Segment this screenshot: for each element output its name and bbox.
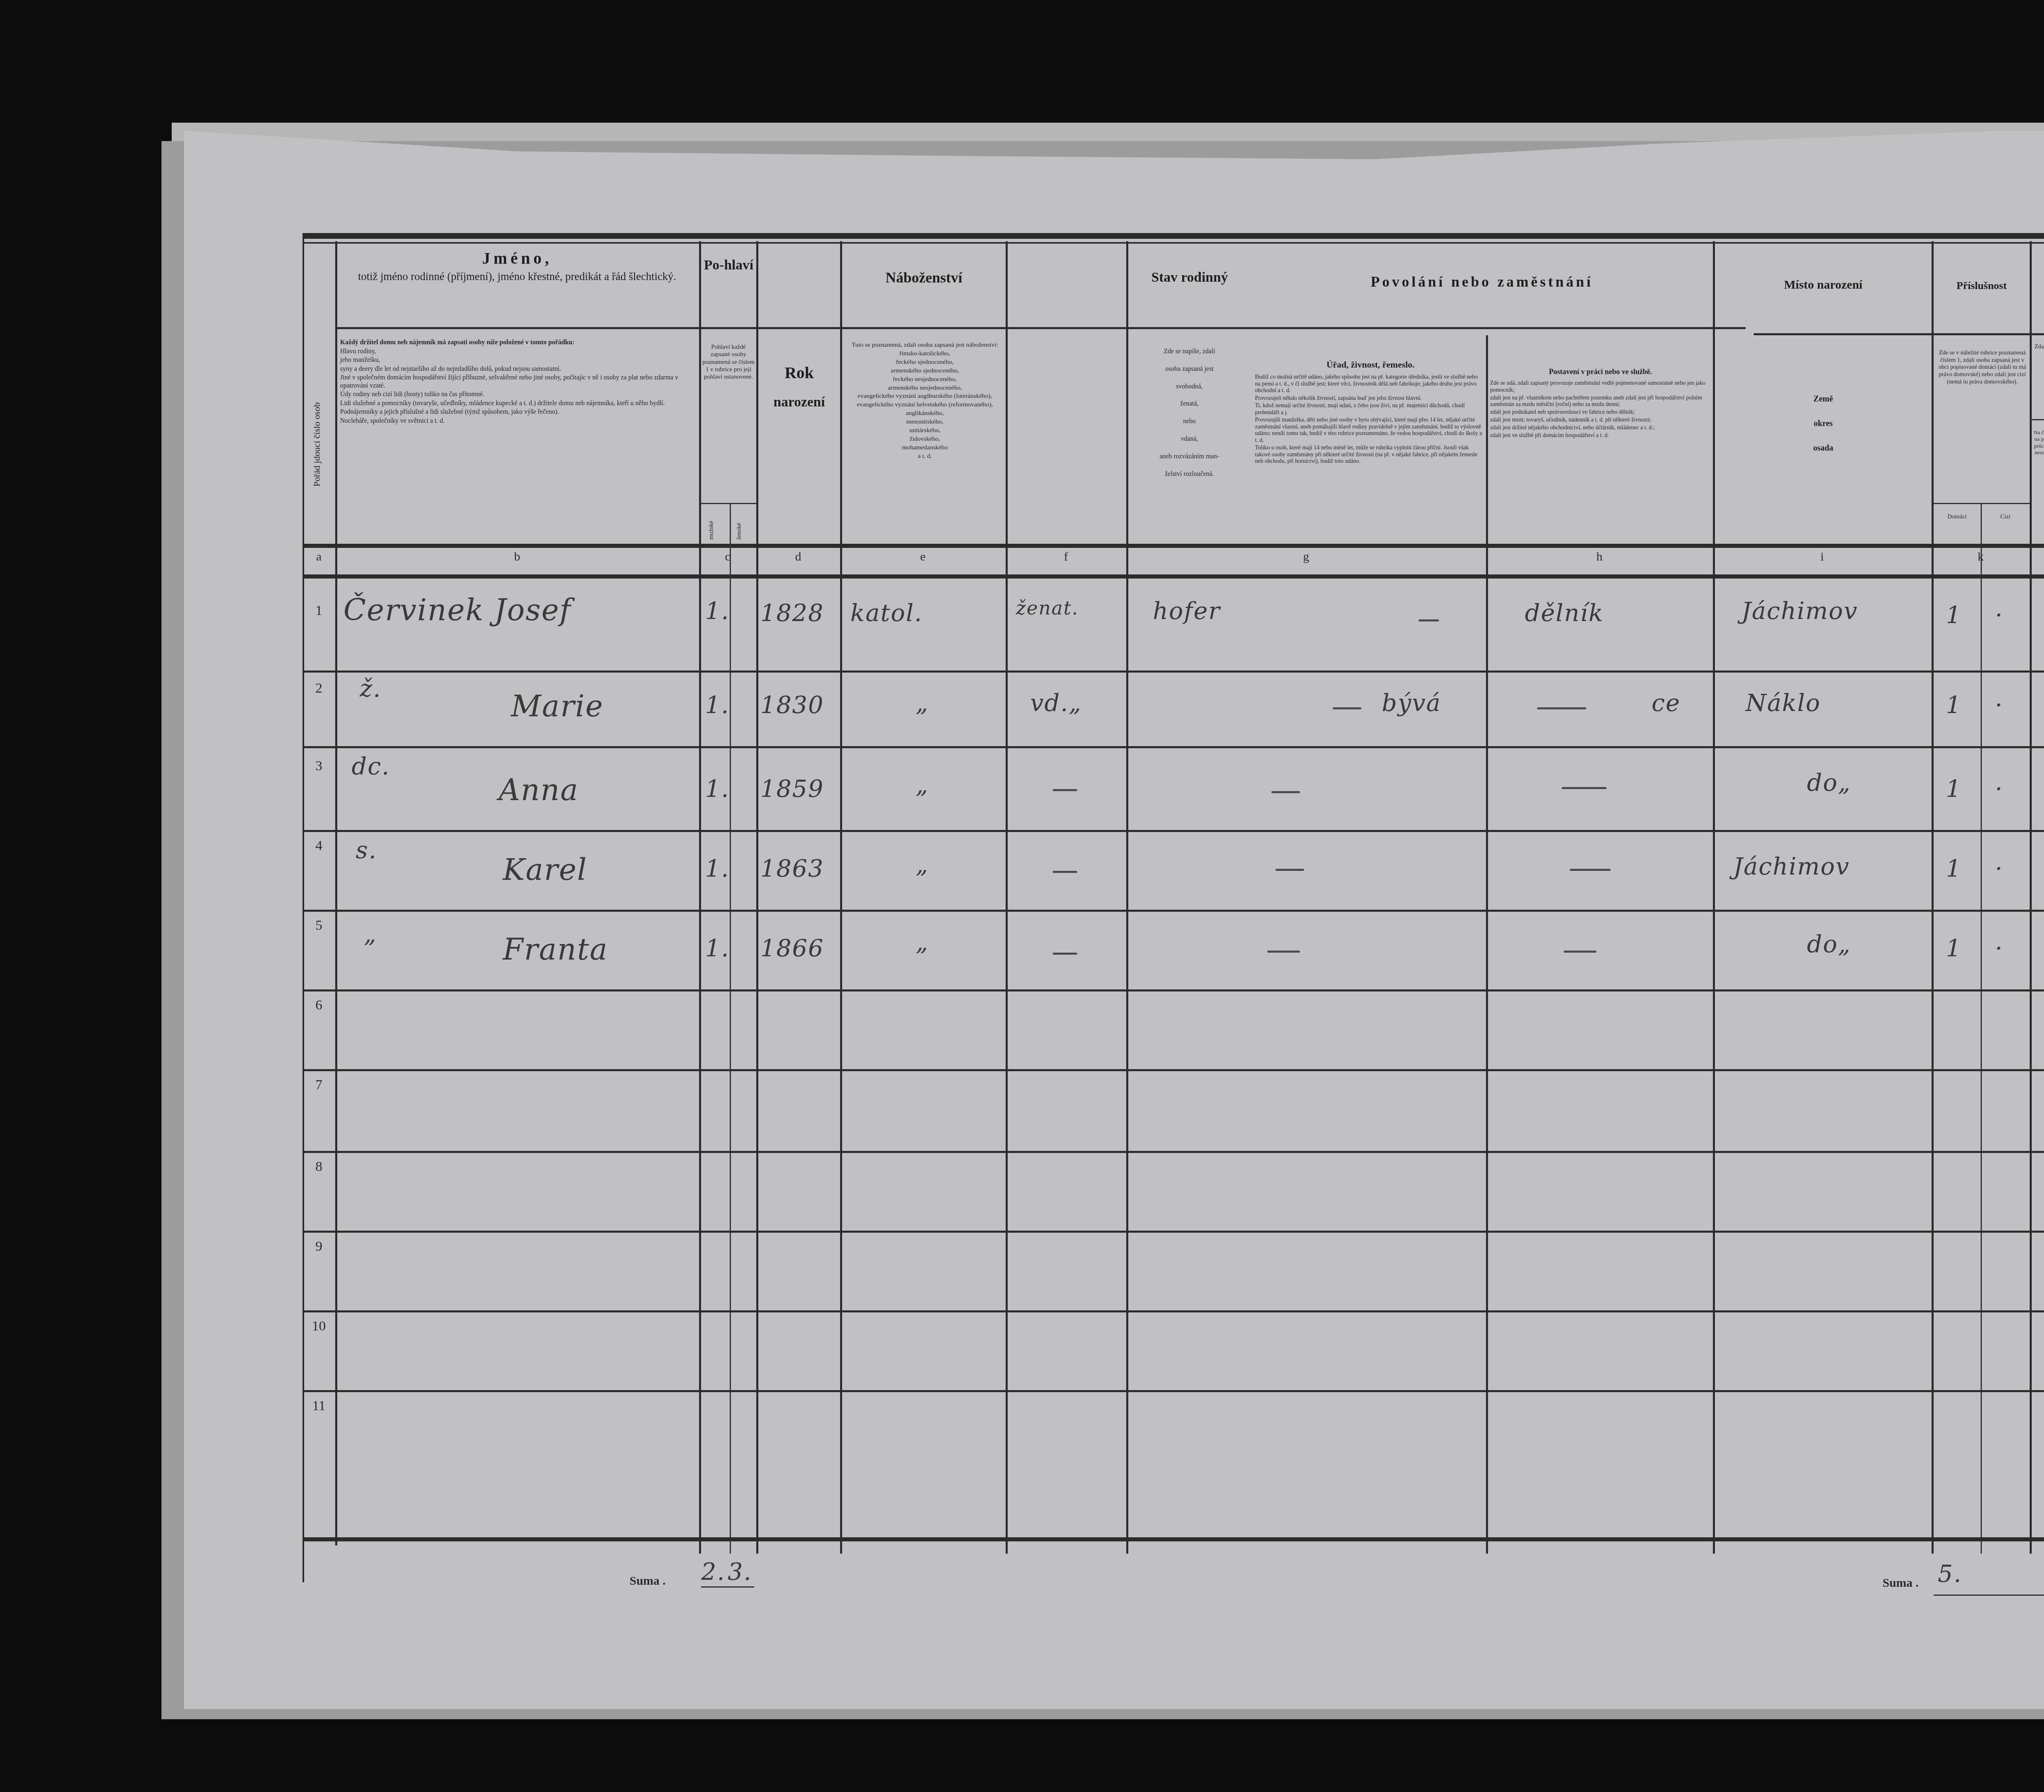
col-h-note-item: zdali jest držitel nějakého obchodnictví… — [1490, 425, 1711, 432]
cell-religion: „ — [916, 850, 929, 878]
col-b-note-lead: Každý držitel domu neb nájemník má zapsa… — [340, 339, 696, 347]
cell-domestic: 1 — [1946, 934, 1962, 962]
col-divider-b — [699, 241, 701, 1554]
col-divider-h — [1713, 241, 1715, 1554]
col-letter-c: c — [699, 550, 756, 564]
col-divider-c-sub — [730, 503, 731, 1554]
col-e-note-item: mohamedanského — [844, 444, 1006, 452]
col-g-note-item: Provozujeli někdo několik živností, zaps… — [1255, 395, 1484, 402]
cell-position-dash — [1570, 869, 1611, 871]
col-f-note-item: svobodná, — [1129, 379, 1250, 395]
col-gh-title: Povolání nebo zaměstnání — [1251, 274, 1713, 290]
cell-birthplace: Náklo — [1746, 689, 1821, 717]
col-f-note-item: vdaná, — [1129, 431, 1250, 448]
cell-year: 1830 — [760, 691, 824, 719]
lm-note-divider — [2030, 419, 2044, 420]
col-g-note-item: Provozujíli manželka, děti nebo jiné oso… — [1255, 417, 1484, 444]
col-letter-l: l — [2030, 550, 2044, 564]
cell-position: dělník — [1525, 599, 1604, 627]
col-k-title: Příslušnost — [1934, 280, 2030, 292]
col-h-note-item: zdali jest mistr, tovaryš, učedlník, nád… — [1490, 417, 1711, 424]
row-divider — [303, 1310, 2044, 1312]
row-divider — [303, 1231, 2044, 1233]
cell-name: Anna — [499, 773, 579, 807]
col-letter-i: i — [1713, 550, 1932, 564]
letter-row-rule — [303, 574, 2044, 579]
cell-foreign: · — [1995, 934, 2003, 962]
cell-birthplace: Jáchimov — [1733, 852, 1850, 880]
census-form: Pořád jdoucí číslo osob Jméno, totiž jmé… — [303, 233, 2044, 1652]
row-number: 9 — [305, 1239, 333, 1254]
col-letter-b: b — [335, 550, 699, 564]
cell-relation: „ — [364, 920, 377, 948]
cell-position: ce — [1652, 689, 1681, 717]
frame-double-rule — [303, 242, 2044, 244]
cell-occupation-dash — [1419, 619, 1439, 621]
cell-foreign: · — [1995, 775, 2003, 803]
col-e-note-item: řeckého nesjednoceného, — [844, 376, 1006, 384]
col-e-note-item: anglikánského, — [844, 410, 1006, 417]
col-lm-note: Zdali osoba zapsaná jest přítomná neb ne… — [2034, 343, 2044, 351]
cell-year: 1828 — [760, 599, 824, 627]
row-divider — [303, 1151, 2044, 1153]
col-d-title-1: Rok — [758, 364, 840, 382]
cell-religion: „ — [916, 689, 929, 717]
row-divider — [303, 910, 2044, 912]
col-b-title: Jméno, — [339, 249, 695, 267]
cell-year: 1863 — [760, 855, 824, 882]
col-h-note-item: zdali jest na př. vlastníkem nebo pachté… — [1490, 395, 1711, 409]
col-h-note-item: zdali jest ve službě při domácím hospodá… — [1490, 433, 1711, 440]
cell-marital-dash — [1053, 871, 1077, 873]
row-number: 7 — [305, 1077, 333, 1093]
cell-name: Franta — [503, 932, 608, 967]
col-e-title: Náboženství — [842, 270, 1006, 286]
cell-female: 1. — [705, 691, 729, 719]
col-l-title: Přítomný — [2032, 280, 2044, 292]
totals-divider — [303, 1537, 2044, 1541]
cell-foreign: · — [1995, 601, 2003, 629]
col-e-note-item: evangelického vyznání helvetského (refor… — [844, 401, 1006, 409]
col-g-subtitle: Úřad, živnost, řemeslo. — [1255, 360, 1486, 370]
col-b-subtitle: totiž jméno rodinné (příjmení), jméno kř… — [347, 271, 687, 283]
cell-relation: dc. — [352, 752, 390, 780]
header-divider-right — [1754, 333, 2044, 335]
row-number: 10 — [305, 1319, 333, 1334]
row-number: 2 — [305, 681, 333, 696]
col-b-note-item: Hlavu rodiny, — [340, 348, 696, 356]
col-i-item-settlement: osada — [1715, 444, 1932, 453]
col-divider-a — [335, 241, 337, 1545]
cell-domestic: 1 — [1946, 691, 1962, 719]
cell-birthplace: Jáchimov — [1741, 597, 1858, 625]
cell-occupation: bývá — [1382, 689, 1441, 717]
row-number: 3 — [305, 758, 333, 774]
col-b-note-item: Nocleháře, společníky ve světnici a t. d… — [340, 417, 696, 425]
col-b-note-item: Podnájemníky a jejich příslušné a lidi s… — [340, 408, 696, 416]
col-a-header: Pořád jdoucí číslo osob — [312, 402, 322, 487]
cell-position-dash — [1562, 787, 1607, 789]
col-b-note-item: Údy rodiny neb cizí lidi (hosty) toliko … — [340, 390, 696, 399]
cell-marital-dash — [1053, 953, 1077, 955]
cell-domestic: 1 — [1946, 601, 1962, 629]
cell-year: 1866 — [760, 934, 824, 962]
cell-name: Marie — [511, 689, 604, 723]
col-e-note-item: armenského nesjednoceného, — [844, 384, 1006, 392]
col-e-note-item: armenského sjednoceného, — [844, 367, 1006, 375]
col-g-note-item: Toliko u osob, které mají 14 nebo méně l… — [1255, 445, 1484, 465]
col-divider-f — [1126, 241, 1128, 1554]
cell-domestic: 1 — [1946, 775, 1962, 803]
cell-religion: katol. — [850, 599, 923, 627]
cell-domestic: 1 — [1946, 855, 1962, 882]
total-male: 2. — [701, 1558, 725, 1586]
col-e-note-item: římsko-katolického, — [844, 350, 1006, 358]
col-b-note-item: syny a deery dle let od nejstaršího až d… — [340, 365, 696, 373]
cell-marital-dash — [1053, 789, 1077, 791]
col-i-item-country: Země — [1715, 395, 1932, 404]
col-letter-a: a — [303, 550, 335, 564]
col-k-foreign-label: Cizí — [1982, 513, 2029, 520]
cell-marital: ženat. — [1016, 597, 1079, 619]
col-f-note: Zde se napíše, zdali osoba zapsaná jest … — [1129, 343, 1250, 483]
col-b-note-item: Lidi služebné a pomocníky (tovaryše, uče… — [340, 399, 696, 408]
cell-birthplace: do„ — [1807, 930, 1851, 958]
cell-occupation-dash — [1271, 791, 1300, 793]
col-h-note-item: Zde se udá, zdali zapsaný provozuje zamě… — [1490, 380, 1711, 394]
cell-relation: s. — [356, 836, 377, 864]
cell-foreign: · — [1995, 691, 2003, 719]
cell-male: 1. — [705, 597, 729, 625]
col-g-note-item: Budiž co možná určitě udáno, jakého spůs… — [1255, 374, 1484, 395]
cell-occupation-dash — [1267, 951, 1300, 953]
col-k-domestic-label: Domácí — [1934, 513, 1981, 520]
col-divider-k-sub — [1981, 503, 1982, 1554]
totals-label-right: Suma . — [1883, 1576, 1918, 1590]
cell-religion: „ — [916, 771, 929, 798]
row-divider — [303, 1390, 2044, 1392]
col-f-note-item: ženatá, — [1129, 396, 1250, 413]
col-b-note: Každý držitel domu neb nájemník má zapsa… — [340, 339, 696, 426]
col-f-note-item: osoba zapsaná jest — [1129, 361, 1250, 378]
row-number: 8 — [305, 1159, 333, 1175]
col-divider-e — [1006, 241, 1008, 1554]
col-divider-c — [756, 241, 758, 1554]
col-e-note-lead: Tuto se poznamená, zdali osoba zapsaná j… — [844, 341, 1006, 349]
row-divider — [303, 671, 2044, 673]
col-divider-k — [2030, 241, 2032, 1554]
col-g-note: Budiž co možná určitě udáno, jakého spůs… — [1255, 374, 1484, 466]
col-c-title: Po-hlaví — [701, 258, 756, 273]
col-letter-h: h — [1486, 550, 1713, 564]
col-letter-g: g — [1126, 550, 1486, 564]
row-number: 4 — [305, 838, 333, 854]
cell-religion: „ — [916, 928, 929, 956]
col-c-male-label: mužské — [708, 521, 715, 540]
row-number: 5 — [305, 918, 333, 933]
cell-marital: vd.„ — [1030, 689, 1082, 717]
col-divider-d — [840, 241, 842, 1554]
col-c-female-label: ženské — [736, 523, 743, 540]
col-letter-d: d — [756, 550, 840, 564]
col-e-note-item: menonitského, — [844, 418, 1006, 426]
cell-male: 1. — [705, 855, 729, 882]
col-g-note-item: Ti, kdož nemají určité živnosti, mají ud… — [1255, 403, 1484, 416]
cell-occupation-dash — [1275, 869, 1304, 871]
col-divider-i — [1932, 241, 1934, 1554]
cell-birthplace: do„ — [1807, 769, 1851, 796]
col-b-note-item: jeho manželku, — [340, 356, 696, 364]
col-d-title-2: narození — [758, 395, 840, 410]
col-i-title: Místo narození — [1715, 278, 1932, 292]
header-bottom-rule — [303, 544, 2044, 548]
cell-year: 1859 — [760, 775, 824, 803]
col-e-note-item: unitárského, — [844, 427, 1006, 435]
col-i-item-district: okres — [1715, 419, 1932, 428]
totals-label-left: Suma . — [630, 1574, 666, 1588]
col-divider-g — [1486, 335, 1488, 1554]
total-domestic: 5. — [1938, 1560, 1962, 1588]
c-sub-divider — [701, 503, 756, 504]
cell-position-dash — [1564, 951, 1596, 953]
col-l-temp-label: Na čas přítomný, na př. co host na průce… — [2033, 429, 2044, 463]
row-divider — [303, 830, 2044, 832]
cell-occupation: hofer — [1153, 597, 1221, 625]
col-f-note-item: Zde se napíše, zdali — [1129, 343, 1250, 360]
col-h-note: Zde se udá, zdali zapsaný provozuje zamě… — [1490, 380, 1711, 440]
col-k-note: Zde se v náležité rubrice poznamená čísl… — [1936, 350, 2029, 386]
cell-occupation-dash — [1333, 707, 1361, 709]
col-e-note-item: řeckého sjednoceného, — [844, 359, 1006, 366]
col-letter-k: k — [1932, 550, 2030, 564]
totals-underline-left — [701, 1586, 754, 1588]
col-e-note-item: a t. d. — [844, 453, 1006, 460]
col-f-note-item: aneb rozvázáním man- — [1129, 449, 1250, 465]
col-f-title: Stav rodinný — [1128, 270, 1251, 285]
k-sub-divider — [1934, 503, 2030, 504]
row-number: 1 — [305, 603, 333, 619]
row-number: 6 — [305, 998, 333, 1013]
cell-foreign: · — [1995, 855, 2003, 882]
col-h-note-item: zdali jest podnikatel neb správuvedoucí … — [1490, 409, 1711, 416]
total-female: 3. — [728, 1558, 752, 1586]
col-f-note-item: nebo — [1129, 413, 1250, 430]
header-divider — [335, 327, 1746, 329]
cell-male: 1. — [705, 934, 729, 962]
col-letter-e: e — [840, 550, 1006, 564]
col-letter-f: f — [1006, 550, 1126, 564]
cell-relation: ž. — [360, 675, 381, 702]
col-e-note: Tuto se poznamená, zdali osoba zapsaná j… — [844, 341, 1006, 461]
cell-position-dash — [1537, 707, 1586, 709]
cell-name: Červinek Josef — [343, 593, 572, 627]
row-divider — [303, 746, 2044, 748]
col-e-note-item: evangelického vyznání augšburského (lute… — [844, 392, 1006, 400]
cell-female: 1. — [705, 775, 729, 803]
col-h-subtitle: Postavení v práci nebo ve službě. — [1488, 368, 1713, 376]
cell-name: Karel — [503, 852, 587, 887]
totals-underline-right — [1934, 1595, 2044, 1596]
col-c-note: Pohlaví každé zapsané osoby poznamená se… — [702, 343, 755, 381]
row-divider — [303, 989, 2044, 991]
col-f-note-item: želství rozloučená. — [1129, 466, 1250, 483]
col-e-note-item: židovského, — [844, 435, 1006, 443]
col-b-note-item: Jiné v společném domácím hospodářství ži… — [340, 374, 696, 390]
row-divider — [303, 1069, 2044, 1071]
row-number: 11 — [305, 1398, 333, 1414]
